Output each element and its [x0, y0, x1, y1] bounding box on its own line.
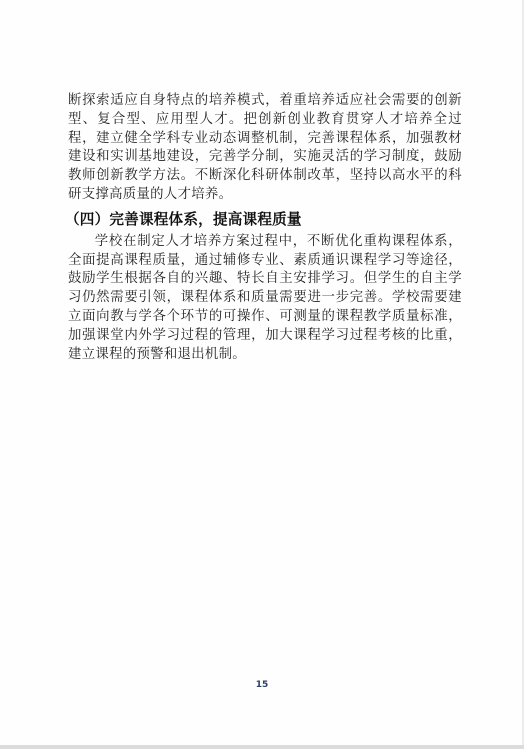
body-paragraph-continued: 断探索适应自身特点的培养模式，着重培养适应社会需要的创新型、复合型、应用型人才。…: [68, 92, 462, 205]
section-paragraph: 学校在制定人才培养方案过程中，不断优化重构课程体系，全面提高课程质量，通过辅修专…: [68, 233, 462, 365]
document-page: 断探索适应自身特点的培养模式，着重培养适应社会需要的创新型、复合型、应用型人才。…: [0, 0, 524, 745]
section-heading: （四）完善课程体系，提高课程质量: [65, 209, 462, 231]
page-bottom-edge: [0, 745, 524, 749]
page-number: 15: [0, 680, 524, 690]
page-content: 断探索适应自身特点的培养模式，着重培养适应社会需要的创新型、复合型、应用型人才。…: [68, 92, 462, 364]
